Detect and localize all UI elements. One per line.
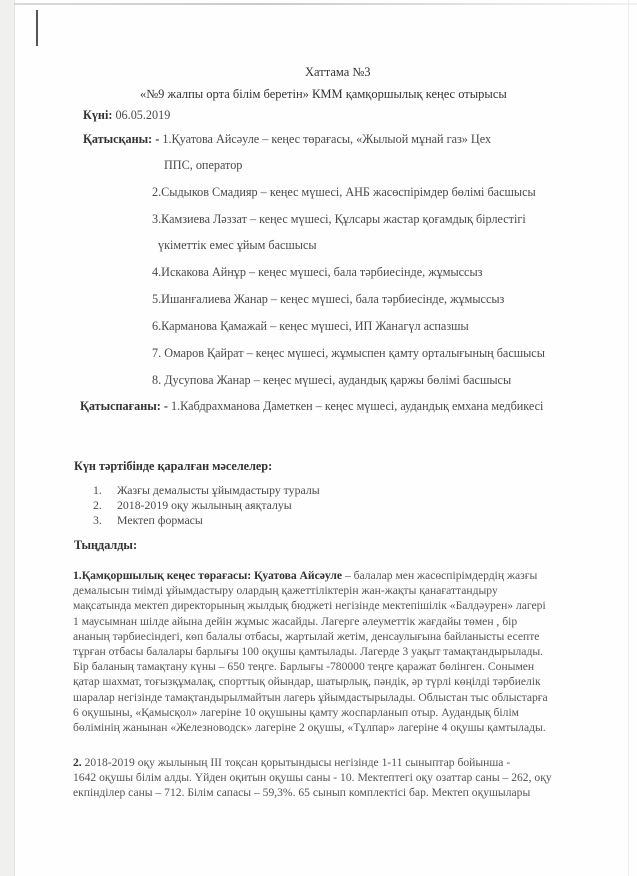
scan-right-edge bbox=[628, 0, 629, 876]
date-line: Күні: 06.05.2019 bbox=[83, 108, 170, 122]
attended-label: Қатысқаны: - bbox=[83, 132, 159, 146]
attendee-6: 6.Карманова Қамажай – кеңес мүшесі, ИП Ж… bbox=[152, 319, 469, 333]
item-1-line-6: Бір баланың тамақтану күны – 650 теңге. … bbox=[73, 659, 573, 674]
attendee-5: 5.Ишанғалиева Жанар – кеңес мүшесі, бала… bbox=[152, 292, 504, 306]
document-subtitle: «№9 жалпы орта білім беретін» КММ қамқор… bbox=[140, 87, 507, 101]
item-2-line-0: 2. 2018-2019 оқу жылының ІІІ тоқсан қоры… bbox=[73, 755, 573, 770]
attendee-3: 3.Камзиева Ләззат – кеңес мүшесі, Құлсар… bbox=[152, 212, 526, 226]
date-value: 06.05.2019 bbox=[115, 108, 170, 122]
absent-line: Қатыспағаны: - 1.Кабдрахманова Даметкен … bbox=[80, 399, 543, 413]
item-1-line-9: 6 оқушыны, «Қамысқол» лагеріне 10 оқушын… bbox=[73, 705, 573, 720]
item-1-line-7: қатар шахмат, тоғызқұмалақ, спорттық ойы… bbox=[73, 674, 573, 689]
attendee-8: 8. Дусупова Жанар – кеңес мүшесі, ауданд… bbox=[152, 373, 511, 387]
item-1-paragraph: 1.Қамқоршылық кеңес төрағасы: Қуатова Ай… bbox=[73, 568, 573, 735]
attendee-7: 7. Омаров Қайрат – кеңес мүшесі, жұмыспе… bbox=[152, 346, 545, 360]
attendee-3-cont: үкіметтік емес ұйым басшысы bbox=[158, 238, 317, 252]
attendee-1-cont: ППС, оператор bbox=[164, 158, 242, 172]
absent-label: Қатыспағаны: - bbox=[80, 399, 168, 413]
attendee-2: 2.Сыдыков Смадияр – кеңес мүшесі, АНБ жа… bbox=[152, 185, 536, 199]
date-label: Күні: bbox=[83, 108, 112, 122]
item-2-paragraph: 2. 2018-2019 оқу жылының ІІІ тоқсан қоры… bbox=[73, 755, 573, 801]
item-1-line-8: шаралар негізінде тамақтандырылмайтын ла… bbox=[73, 690, 573, 705]
absentee-1: 1.Кабдрахманова Даметкен – кеңес мүшесі,… bbox=[171, 399, 543, 413]
item-1-line-2: мақсатында мектеп директорының жылдық бю… bbox=[73, 598, 573, 613]
item-1-line-3: 1 маусымнан шілде айына дейін жұмыс жаса… bbox=[73, 614, 573, 629]
attended-line-1: Қатысқаны: - 1.Қуатова Айсәуле – кеңес т… bbox=[83, 132, 491, 146]
scanned-document-page: Хаттама №3 «№9 жалпы орта білім беретін»… bbox=[0, 0, 637, 876]
item-2-line-2: екпінділер саны – 712. Білім сапасы – 59… bbox=[73, 785, 573, 800]
item-1-line-1: демалысын тиімді ұйымдастыру олардың қаж… bbox=[73, 583, 573, 598]
item-1-line-10: бөлімінің жанынан «Железноводск» лагерін… bbox=[73, 720, 573, 735]
attendee-1: 1.Қуатова Айсәуле – кеңес төрағасы, «Жыл… bbox=[162, 132, 491, 146]
binder-mark bbox=[36, 10, 38, 46]
item-2-line-1: 1642 оқушы білім алды. Үйден оқитын оқуш… bbox=[73, 770, 573, 785]
item-1-line-0: 1.Қамқоршылық кеңес төрағасы: Қуатова Ай… bbox=[73, 568, 573, 583]
agenda-heading: Күн тәртібінде қаралған мәселелер: bbox=[74, 459, 272, 473]
scan-margin-strip bbox=[0, 0, 15, 876]
attendee-4: 4.Искакова Айнұр – кеңес мүшесі, бала тә… bbox=[152, 265, 482, 279]
agenda-item-2: 2.2018-2019 оқу жылының аяқталуы bbox=[93, 498, 292, 512]
agenda-item-1: 1.Жазғы демалысты ұйымдастыру туралы bbox=[93, 483, 320, 497]
agenda-item-3: 3.Мектеп формасы bbox=[93, 513, 203, 527]
scan-top-edge bbox=[14, 3, 637, 5]
item-1-line-4: ананың тәрбиесіндегі, көп балалы отбасы,… bbox=[73, 629, 573, 644]
item-1-line-5: тұрған отбасы балалары барлығы 100 оқушы… bbox=[73, 644, 573, 659]
heard-label: Тыңдалды: bbox=[74, 538, 137, 552]
document-title: Хаттама №3 bbox=[305, 65, 371, 79]
